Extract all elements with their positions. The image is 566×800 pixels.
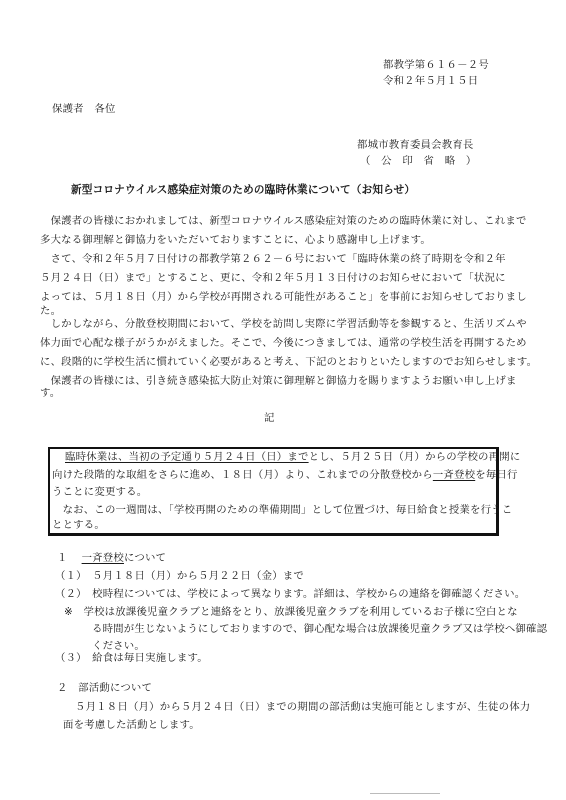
notice-line-1: 臨時休業は、当初の予定通り５月２４日（日）までとし、５月２５日（月）からの学校の… xyxy=(54,450,520,464)
scan-artifact-line xyxy=(370,793,440,794)
sender: 都城市教育委員会教育長 xyxy=(357,136,474,151)
section-2-line: 面を考慮した活動とします。 xyxy=(63,718,200,732)
section-2-heading: ２ 部活動について xyxy=(57,681,152,695)
body-line: 体力面で心配な様子がうかがえました。そこで、今後につきましては、通常の学校生活を… xyxy=(40,336,527,350)
seal-omitted: （ 公 印 省 略 ） xyxy=(360,152,477,167)
addressee: 保護者 各位 xyxy=(52,100,116,115)
section-1-item-1: （１） ５月１８日（月）から５月２２日（金）まで xyxy=(55,569,304,583)
body-line: す。 xyxy=(40,386,60,400)
body-line: さて、令和２年５月７日付けの都教学第２６２－６号において「臨時休業の終了時期を令… xyxy=(40,252,506,266)
notice-text: を毎日行 xyxy=(475,469,517,481)
notice-line-2: 向けた段階的な取組をさらに進め、１８日（月）より、これまでの分散登校から一斉登校… xyxy=(52,468,518,482)
document-date: 令和２年５月１５日 xyxy=(383,72,478,87)
notice-text: 向けた段階的な取組をさらに進め、１８日（月）より、これまでの分散登校から xyxy=(52,469,433,481)
notice-line-4: なお、この一週間は、「学校再開のための準備期間」として位置づけ、毎日給食と授業を… xyxy=(52,503,512,517)
notice-line-3: うことに変更する。 xyxy=(52,485,147,499)
section-1-note: る時間が生じないようにしておりますので、御心配な場合は放課後児童クラブ又は学校へ… xyxy=(92,622,547,636)
section-heading-underlined: 一斉登校 xyxy=(82,552,124,564)
notice-line-5: ととする。 xyxy=(52,518,105,532)
body-line: 多大なる御理解と御協力をいただいておりますことに、心より感謝申し上げます。 xyxy=(40,233,431,247)
document-number: 都教学第６１６－２号 xyxy=(383,56,489,71)
notice-underlined-text: 一斉登校 xyxy=(433,469,475,481)
body-line: た。 xyxy=(40,304,61,318)
section-1-item-2: （２） 校時程については、学校によって異なります。詳細は、学校からの連絡を御確認… xyxy=(55,587,525,601)
section-1-item-3: （３） 給食は毎日実施します。 xyxy=(55,651,208,665)
section-1-heading: １一斉登校について xyxy=(57,551,166,565)
section-heading-text: について xyxy=(124,552,166,564)
notice-underlined-text: 臨時休業は、当初の予定通り５月２４日（日）まで xyxy=(54,451,309,463)
notice-text: とし、５月２５日（月）からの学校の再開に xyxy=(309,451,521,463)
body-line: よっては、５月１８日（月）から学校が再開される可能性があること」を事前にお知らせ… xyxy=(40,290,527,304)
body-line: 保護者の皆様におかれましては、新型コロナウイルス感染症対策のための臨時休業に対し… xyxy=(40,214,527,228)
body-line: しかしながら、分散登校期間において、学校を訪問し実際に学習活動等を参観すると、生… xyxy=(40,317,527,331)
body-line: に、段階的に学校生活に慣れていく必要があると考え、下記のとおりといたしますのでお… xyxy=(40,355,537,369)
body-line: 保護者の皆様には、引き続き感染拡大防止対策に御理解と御協力を賜りますようお願い申… xyxy=(40,374,517,388)
ki-marker: 記 xyxy=(264,409,275,424)
body-line: ５月２４日（日）まで」とすること、更に、令和２年５月１３日付けのお知らせにおいて… xyxy=(40,271,506,285)
section-1-note: ※ 学校は放課後児童クラブと連絡をとり、放課後児童クラブを利用しているお子様に空… xyxy=(64,605,518,619)
document-title: 新型コロナウイルス感染症対策のための臨時休業について（お知らせ） xyxy=(71,182,415,197)
section-2-line: ５月１８日（月）から５月２４日（日）までの期間の部活動は実施可能としますが、生徒… xyxy=(75,700,530,714)
section-number: １ xyxy=(57,552,68,564)
